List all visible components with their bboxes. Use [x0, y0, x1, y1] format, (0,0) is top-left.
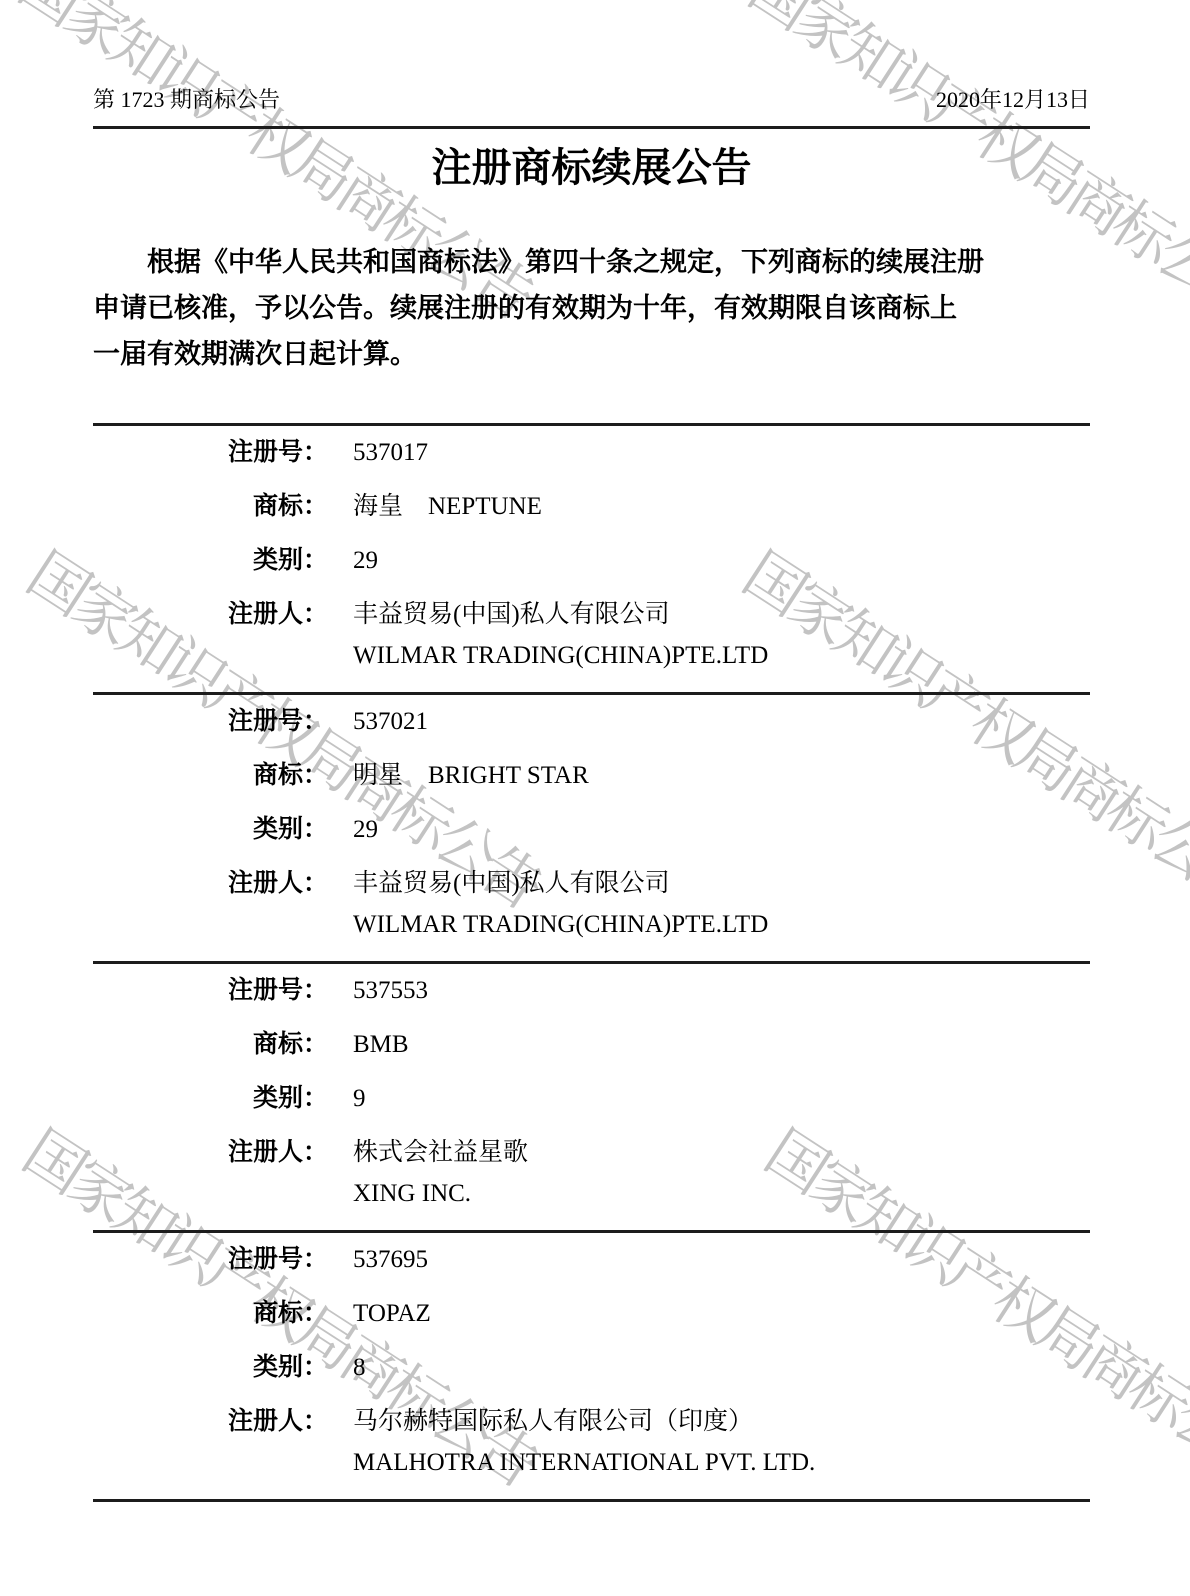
field-registrant-en: WILMAR TRADING(CHINA)PTE.LTD: [93, 911, 1090, 939]
record: 注册号： 537017 商标： 海皇 NEPTUNE 类别： 29 注册人： 丰…: [93, 423, 1090, 692]
field-label-registrant: 注册人：: [93, 600, 328, 628]
page-content: 第 1723 期商标公告 2020年12月13日 注册商标续展公告 根据《中华人…: [93, 0, 1090, 1502]
field-trademark: 商标： BMB: [93, 1030, 1090, 1059]
field-reg-no: 注册号： 537695: [93, 1245, 1090, 1274]
field-value-reg-no: 537695: [353, 1246, 1090, 1274]
field-value-trademark: TOPAZ: [353, 1300, 1090, 1328]
records: 注册号： 537017 商标： 海皇 NEPTUNE 类别： 29 注册人： 丰…: [93, 423, 1090, 1499]
page-title: 注册商标续展公告: [93, 143, 1090, 193]
field-label-trademark: 商标：: [93, 761, 328, 789]
field-label-trademark: 商标：: [93, 492, 328, 520]
field-label-trademark: 商标：: [93, 1299, 328, 1327]
field-label-reg-no: 注册号：: [93, 976, 328, 1004]
record: 注册号： 537553 商标： BMB 类别： 9 注册人： 株式会社益星歌 X…: [93, 961, 1090, 1230]
field-value-class: 9: [353, 1085, 1090, 1113]
field-value-registrant-cn: 丰益贸易(中国)私人有限公司: [353, 601, 1090, 629]
intro-line-3: 一届有效期满次日起计算。: [93, 331, 1090, 377]
field-label-reg-no: 注册号：: [93, 707, 328, 735]
field-label-class: 类别：: [93, 1084, 328, 1112]
field-value-registrant-en: MALHOTRA INTERNATIONAL PVT. LTD.: [353, 1449, 1090, 1477]
field-value-reg-no: 537017: [353, 439, 1090, 467]
field-reg-no: 注册号： 537021: [93, 707, 1090, 736]
field-registrant: 注册人： 丰益贸易(中国)私人有限公司: [93, 600, 1090, 629]
bottom-rule: [93, 1499, 1090, 1502]
issue-label: 第 1723 期商标公告: [93, 86, 280, 114]
field-trademark: 商标： 明星 BRIGHT STAR: [93, 761, 1090, 790]
field-value-reg-no: 537553: [353, 977, 1090, 1005]
field-registrant: 注册人： 株式会社益星歌: [93, 1138, 1090, 1167]
field-label-trademark: 商标：: [93, 1030, 328, 1058]
field-label-class: 类别：: [93, 1353, 328, 1381]
field-reg-no: 注册号： 537017: [93, 438, 1090, 467]
field-registrant-en: MALHOTRA INTERNATIONAL PVT. LTD.: [93, 1449, 1090, 1477]
field-label-class: 类别：: [93, 546, 328, 574]
intro-paragraph: 根据《中华人民共和国商标法》第四十条之规定，下列商标的续展注册 申请已核准，予以…: [93, 239, 1090, 377]
field-value-registrant-en: WILMAR TRADING(CHINA)PTE.LTD: [353, 911, 1090, 939]
field-value-registrant-en: XING INC.: [353, 1180, 1090, 1208]
field-label-reg-no: 注册号：: [93, 438, 328, 466]
field-class: 类别： 8: [93, 1353, 1090, 1382]
field-registrant: 注册人： 马尔赫特国际私人有限公司（印度）: [93, 1407, 1090, 1436]
field-value-registrant-cn: 株式会社益星歌: [353, 1139, 1090, 1167]
field-label-registrant: 注册人：: [93, 869, 328, 897]
field-trademark: 商标： 海皇 NEPTUNE: [93, 492, 1090, 521]
field-registrant-en: XING INC.: [93, 1180, 1090, 1208]
field-class: 类别： 29: [93, 815, 1090, 844]
field-reg-no: 注册号： 537553: [93, 976, 1090, 1005]
field-value-registrant-cn: 马尔赫特国际私人有限公司（印度）: [353, 1408, 1090, 1436]
field-registrant: 注册人： 丰益贸易(中国)私人有限公司: [93, 869, 1090, 898]
field-label-reg-no: 注册号：: [93, 1245, 328, 1273]
field-value-trademark: 明星 BRIGHT STAR: [353, 762, 1090, 790]
gazette-page: 国家知识产权局商标公告 国家知识产权局商标公告 国家知识产权局商标公告 国家知识…: [0, 0, 1190, 1596]
intro-line-2: 申请已核准，予以公告。续展注册的有效期为十年，有效期限自该商标上: [93, 285, 1090, 331]
record: 注册号： 537021 商标： 明星 BRIGHT STAR 类别： 29 注册…: [93, 692, 1090, 961]
field-label-registrant: 注册人：: [93, 1407, 328, 1435]
field-value-class: 29: [353, 816, 1090, 844]
record: 注册号： 537695 商标： TOPAZ 类别： 8 注册人： 马尔赫特国际私…: [93, 1230, 1090, 1499]
field-value-class: 8: [353, 1354, 1090, 1382]
field-registrant-en: WILMAR TRADING(CHINA)PTE.LTD: [93, 642, 1090, 670]
field-value-reg-no: 537021: [353, 708, 1090, 736]
field-value-trademark: BMB: [353, 1031, 1090, 1059]
field-value-registrant-en: WILMAR TRADING(CHINA)PTE.LTD: [353, 642, 1090, 670]
field-value-registrant-cn: 丰益贸易(中国)私人有限公司: [353, 870, 1090, 898]
field-value-trademark: 海皇 NEPTUNE: [353, 493, 1090, 521]
field-class: 类别： 29: [93, 546, 1090, 575]
field-class: 类别： 9: [93, 1084, 1090, 1113]
header-rule: [93, 126, 1090, 129]
page-header: 第 1723 期商标公告 2020年12月13日: [93, 0, 1090, 114]
field-label-class: 类别：: [93, 815, 328, 843]
field-trademark: 商标： TOPAZ: [93, 1299, 1090, 1328]
field-label-registrant: 注册人：: [93, 1138, 328, 1166]
publication-date: 2020年12月13日: [936, 86, 1090, 114]
field-value-class: 29: [353, 547, 1090, 575]
intro-line-1: 根据《中华人民共和国商标法》第四十条之规定，下列商标的续展注册: [93, 239, 1090, 285]
